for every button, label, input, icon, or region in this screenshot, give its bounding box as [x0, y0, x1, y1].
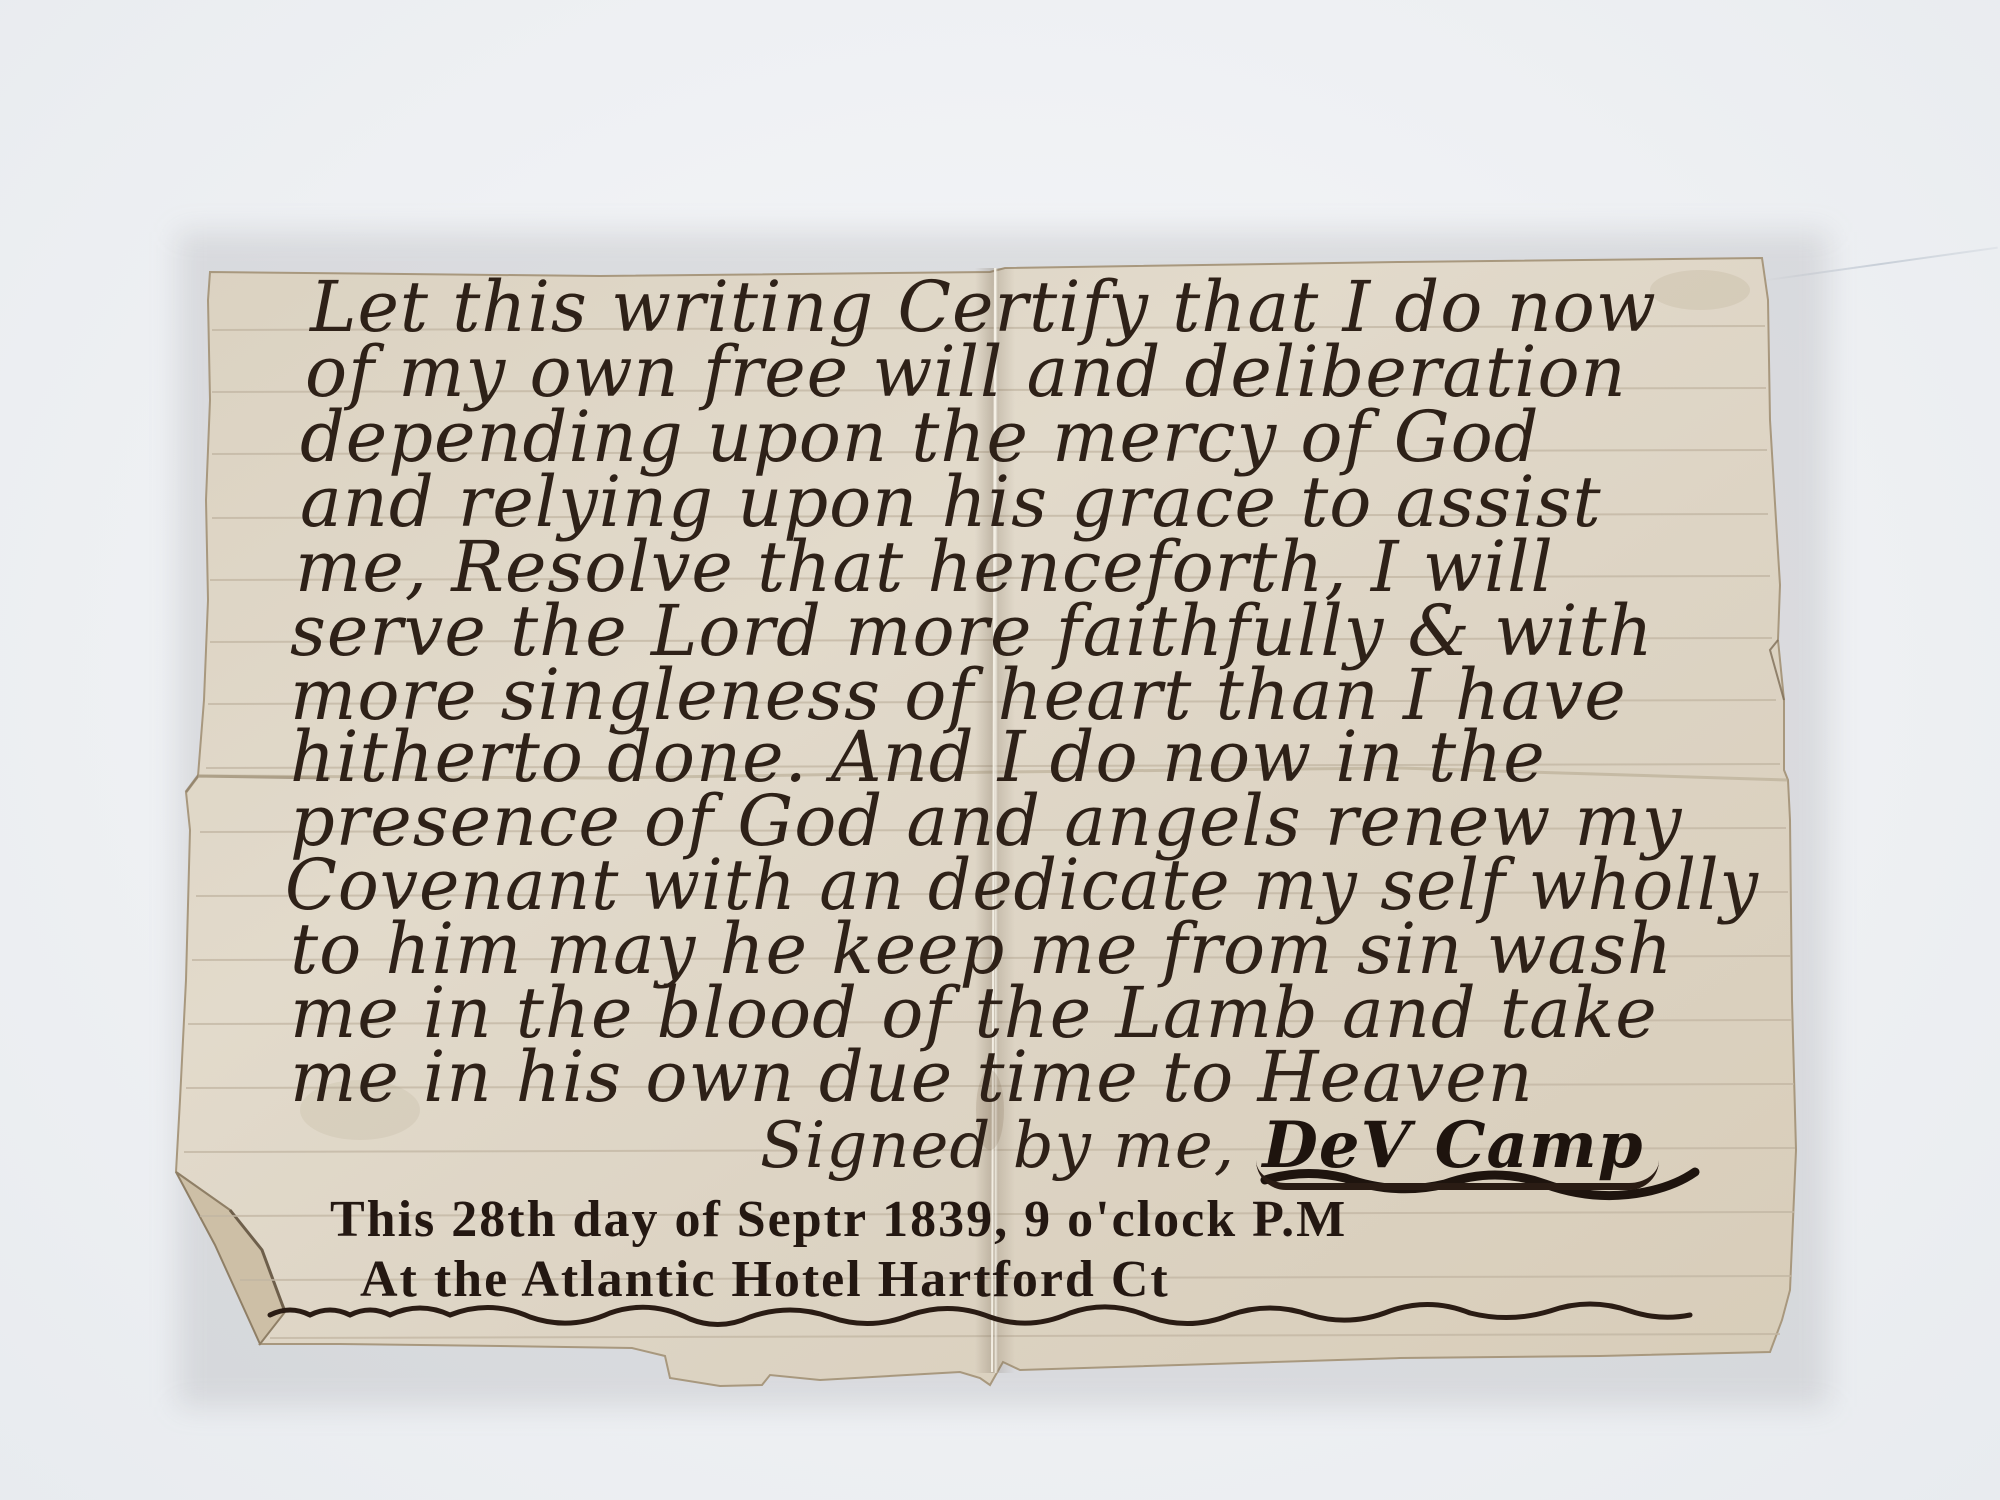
manuscript-paper — [0, 0, 2000, 1500]
